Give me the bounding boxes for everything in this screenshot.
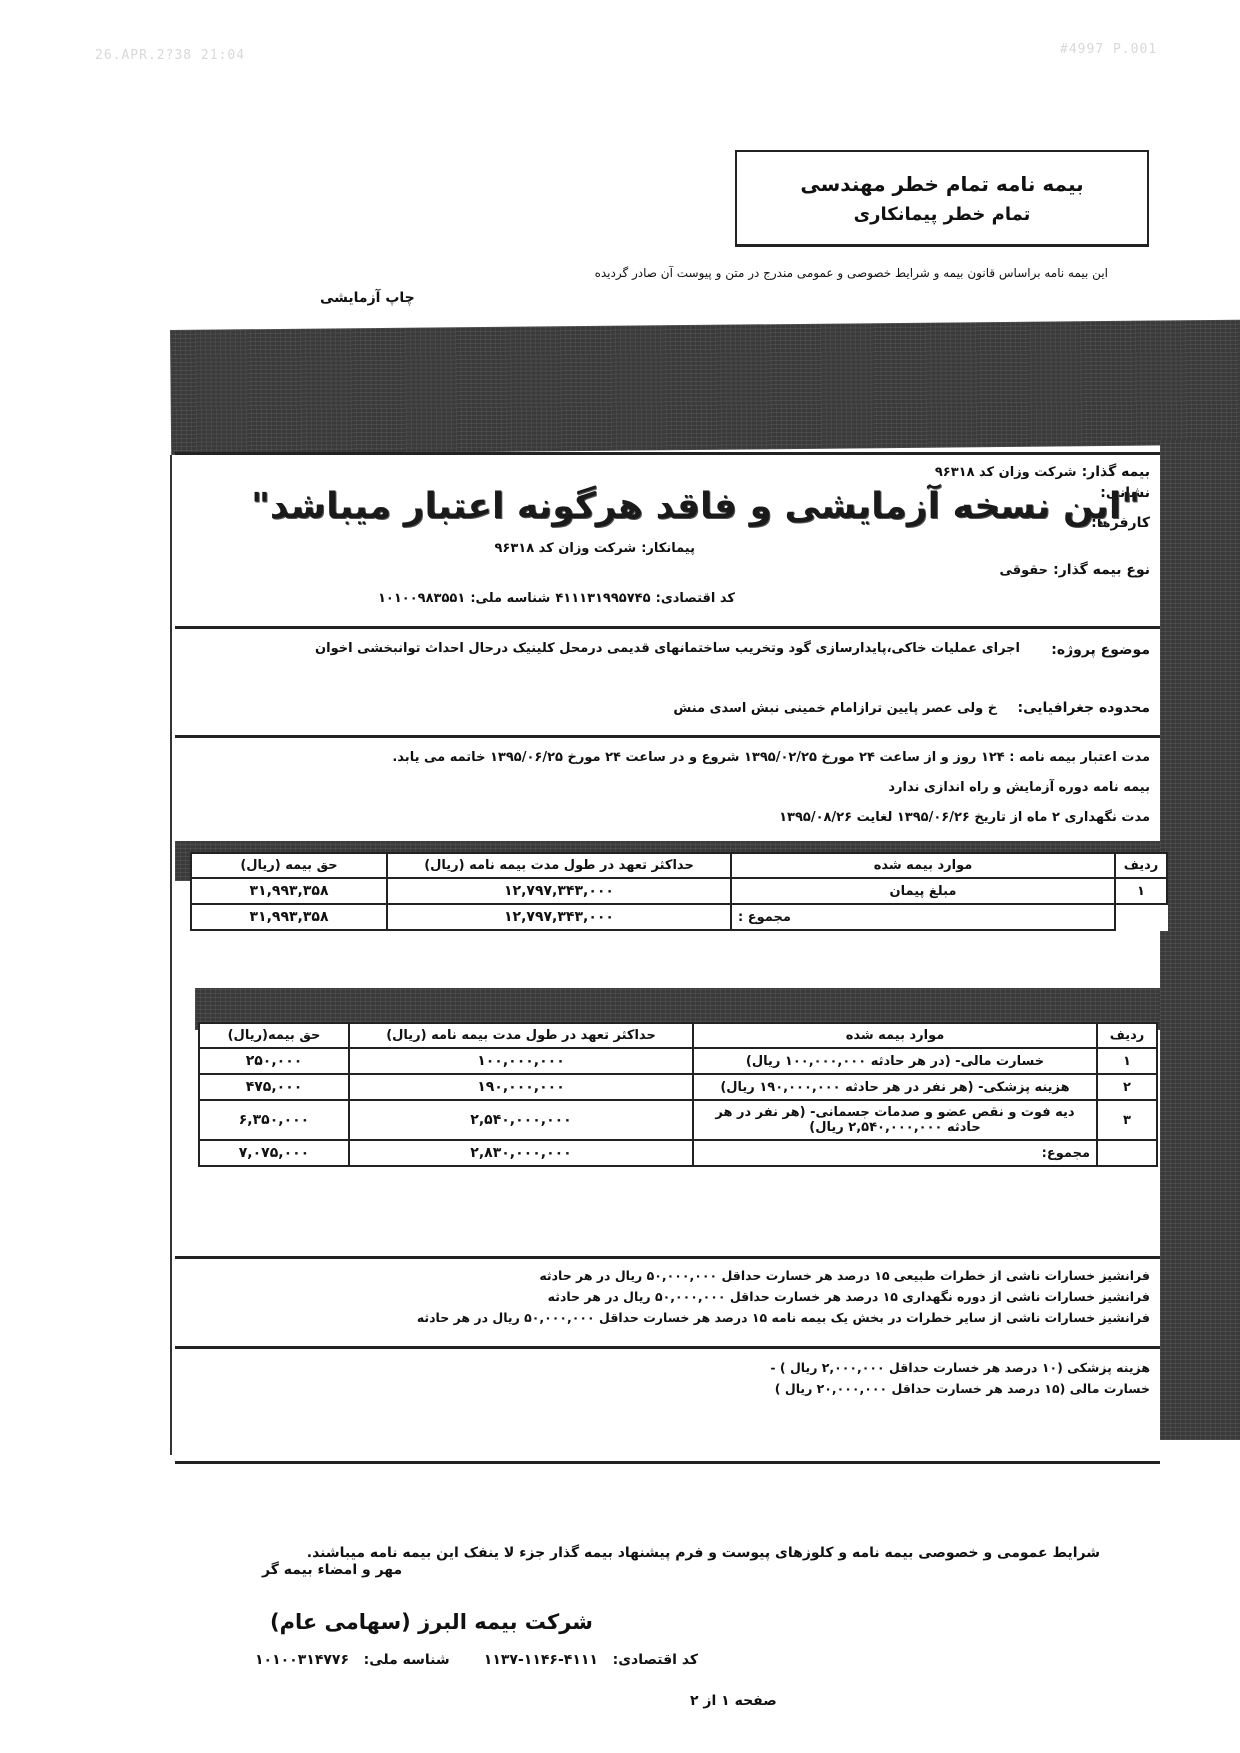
table-row: ۱ خسارت مالی- (در هر حادثه ۱۰۰,۰۰۰,۰۰۰ ر…	[199, 1048, 1157, 1074]
t1-total-max: ۱۲,۷۹۷,۳۴۳,۰۰۰	[387, 904, 731, 930]
scan-noise-band	[170, 320, 1240, 455]
contractor-row: پیمانکار: شرکت وزان کد ۹۶۳۱۸	[494, 537, 695, 556]
insurer-economic-code-value: ۴۱۱۱-۱۱۴۶-۱۱۳۷	[484, 1652, 598, 1668]
deductibles-section: فرانشیز خسارات ناشی از خطرات طبیعی ۱۵ در…	[175, 1256, 1160, 1351]
document-title-box: بیمه نامه تمام خطر مهندسی تمام خطر پیمان…	[735, 150, 1149, 247]
t1-row-premium: ۳۱,۹۹۳,۳۵۸	[191, 878, 387, 904]
economic-code-value: ۴۱۱۱۳۱۹۹۵۷۴۵	[555, 591, 650, 606]
national-id-value: ۱۰۱۰۰۹۸۳۵۵۱	[378, 591, 465, 606]
policyholder-value: شرکت وزان کد ۹۶۳۱۸	[935, 465, 1077, 480]
t1-header-row: ردیف	[1115, 853, 1167, 878]
duration-section: مدت اعتبار بیمه نامه : ۱۲۴ روز و از ساعت…	[175, 735, 1160, 844]
fax-timestamp: 26.APR.2?38 21:04	[95, 48, 245, 63]
project-subject-label: موضوع پروژه:	[1051, 642, 1150, 658]
economic-code-label: کد اقتصادی:	[656, 591, 735, 606]
t2-row-premium: ۶,۳۵۰,۰۰۰	[199, 1100, 349, 1140]
project-subject-row: موضوع پروژه:	[1051, 639, 1150, 658]
project-location-row: محدوده جغرافیایی: خ ولی عصر پایین ترازام…	[673, 697, 1150, 716]
t2-row-item: هزینه پزشکی- (هر نفر در هر حادثه ۱۹۰,۰۰۰…	[693, 1074, 1097, 1100]
t1-header-max: حداکثر تعهد در طول مدت بیمه نامه (ریال)	[387, 853, 731, 878]
t2-row-premium: ۲۵۰,۰۰۰	[199, 1048, 349, 1074]
t2-header-row: ردیف	[1097, 1023, 1157, 1048]
t2-row-num: ۱	[1097, 1048, 1157, 1074]
t2-header-premium: حق بیمه(ریال)	[199, 1023, 349, 1048]
policy-validity-text: مدت اعتبار بیمه نامه : ۱۲۴ روز و از ساعت…	[392, 750, 1150, 765]
t2-total-max: ۲,۸۳۰,۰۰۰,۰۰۰	[349, 1140, 693, 1166]
insured-info-section: بیمه گذار: شرکت وزان کد ۹۶۳۱۸ نشانی: کار…	[175, 452, 1160, 627]
test-print-label: چاپ آزمایشی	[320, 290, 415, 306]
t2-row-max: ۱۹۰,۰۰۰,۰۰۰	[349, 1074, 693, 1100]
t2-total-label: مجموع:	[693, 1140, 1097, 1166]
t1-header-premium: حق بیمه (ریال)	[191, 853, 387, 878]
national-id-label: شناسه ملی:	[470, 591, 550, 606]
intro-text: این بیمه نامه براساس قانون بیمه و شرایط …	[595, 266, 1108, 280]
liability-deductibles-section: هزینه پزشکی (۱۰ درصد هر خسارت حداقل ۲,۰۰…	[175, 1346, 1160, 1464]
t1-total-premium: ۳۱,۹۹۳,۳۵۸	[191, 904, 387, 930]
t1-row-max: ۱۲,۷۹۷,۳۴۳,۰۰۰	[387, 878, 731, 904]
deductible-financial: خسارت مالی (۱۵ درصد هر خسارت حداقل ۲۰,۰۰…	[175, 1378, 1160, 1399]
insurer-signature-label: مهر و امضاء بیمه گر	[262, 1562, 402, 1578]
policyholder-row: بیمه گذار: شرکت وزان کد ۹۶۳۱۸	[935, 461, 1150, 480]
document-title: بیمه نامه تمام خطر مهندسی	[800, 172, 1083, 196]
table-row: ۳ دیه فوت و نقص عضو و صدمات جسمانی- (هر …	[199, 1100, 1157, 1140]
t1-row-item: مبلغ پیمان	[731, 878, 1115, 904]
test-copy-watermark: "این نسخه آزمایشی و فاقد هرگونه اعتبار م…	[250, 486, 1140, 527]
t2-row-num: ۲	[1097, 1074, 1157, 1100]
t2-row-max: ۲,۵۴۰,۰۰۰,۰۰۰	[349, 1100, 693, 1140]
fax-page-id: #4997 P.001	[1060, 42, 1157, 57]
t2-row-item: دیه فوت و نقص عضو و صدمات جسمانی- (هر نف…	[693, 1100, 1097, 1140]
page-number: صفحه ۱ از ۲	[690, 1693, 777, 1709]
insurer-ids: کد اقتصادی: ۴۱۱۱-۱۱۴۶-۱۱۳۷ شناسه ملی: ۱۰…	[255, 1652, 698, 1668]
policyholder-type-row: نوع بیمه گذار: حقوقی	[999, 559, 1150, 578]
deductible-other-perils: فرانشیز خسارات ناشی از سایر خطرات در بخش…	[175, 1307, 1160, 1328]
table-row: ۱ مبلغ پیمان ۱۲,۷۹۷,۳۴۳,۰۰۰ ۳۱,۹۹۳,۳۵۸	[191, 878, 1167, 904]
t2-row-item: خسارت مالی- (در هر حادثه ۱۰۰,۰۰۰,۰۰۰ ریا…	[693, 1048, 1097, 1074]
table-row: ۲ هزینه پزشکی- (هر نفر در هر حادثه ۱۹۰,۰…	[199, 1074, 1157, 1100]
table-total-row: مجموع: ۲,۸۳۰,۰۰۰,۰۰۰ ۷,۰۷۵,۰۰۰	[199, 1140, 1157, 1166]
t2-total-premium: ۷,۰۷۵,۰۰۰	[199, 1140, 349, 1166]
t2-header-max: حداکثر تعهد در طول مدت بیمه نامه (ریال)	[349, 1023, 693, 1048]
project-location-label: محدوده جغرافیایی:	[1017, 700, 1150, 716]
insurer-company-name: شرکت بیمه البرز (سهامی عام)	[270, 1610, 593, 1634]
policyholder-type-value: حقوقی	[999, 563, 1048, 578]
economic-id-row: کد اقتصادی: ۴۱۱۱۳۱۹۹۵۷۴۵ شناسه ملی: ۱۰۱۰…	[378, 587, 735, 606]
maintenance-period-text: مدت نگهداری ۲ ماه از تاریخ ۱۳۹۵/۰۶/۲۶ لغ…	[779, 810, 1150, 825]
policyholder-type-label: نوع بیمه گذار:	[1053, 562, 1150, 578]
deductible-maintenance: فرانشیز خسارات ناشی از دوره نگهداری ۱۵ د…	[175, 1286, 1160, 1307]
t2-header-item: موارد بیمه شده	[693, 1023, 1097, 1048]
insurer-economic-code-label: کد اقتصادی:	[613, 1652, 698, 1668]
project-section: موضوع پروژه: اجرای عملیات خاکی،پایدارساز…	[175, 626, 1160, 737]
policyholder-label: بیمه گذار:	[1082, 464, 1150, 480]
deductible-natural-perils: فرانشیز خسارات ناشی از خطرات طبیعی ۱۵ در…	[175, 1265, 1160, 1286]
contractor-label: پیمانکار:	[641, 541, 695, 556]
t1-row-num: ۱	[1115, 878, 1167, 904]
scan-noise-sidebar	[1160, 440, 1240, 1440]
project-subject-value: اجرای عملیات خاکی،پایدارسازی گود وتخریب …	[240, 641, 1020, 656]
t1-header-item: موارد بیمه شده	[731, 853, 1115, 878]
section1-table: ردیف موارد بیمه شده حداکثر تعهد در طول م…	[190, 852, 1168, 931]
project-location-value: خ ولی عصر پایین ترازامام خمینی نبش اسدی …	[673, 701, 997, 716]
insurer-national-id-value: ۱۰۱۰۰۳۱۴۷۷۶	[255, 1652, 349, 1668]
t2-row-premium: ۴۷۵,۰۰۰	[199, 1074, 349, 1100]
general-conditions-text: شرایط عمومی و خصوصی بیمه نامه و کلوزهای …	[307, 1545, 1100, 1561]
deductible-medical: هزینه پزشکی (۱۰ درصد هر خسارت حداقل ۲,۰۰…	[175, 1357, 1160, 1378]
insurer-national-id-label: شناسه ملی:	[364, 1652, 450, 1668]
liability-table: ردیف موارد بیمه شده حداکثر تعهد در طول م…	[198, 1022, 1158, 1167]
t2-row-num: ۳	[1097, 1100, 1157, 1140]
contractor-value: شرکت وزان کد ۹۶۳۱۸	[494, 541, 636, 556]
t2-row-max: ۱۰۰,۰۰۰,۰۰۰	[349, 1048, 693, 1074]
t1-total-label: مجموع :	[731, 904, 1115, 930]
table-total-row: مجموع : ۱۲,۷۹۷,۳۴۳,۰۰۰ ۳۱,۹۹۳,۳۵۸	[191, 904, 1167, 930]
test-period-text: بیمه نامه دوره آزمایش و راه اندازی ندارد	[888, 780, 1150, 795]
document-subtitle: تمام خطر پیمانکاری	[854, 204, 1031, 225]
